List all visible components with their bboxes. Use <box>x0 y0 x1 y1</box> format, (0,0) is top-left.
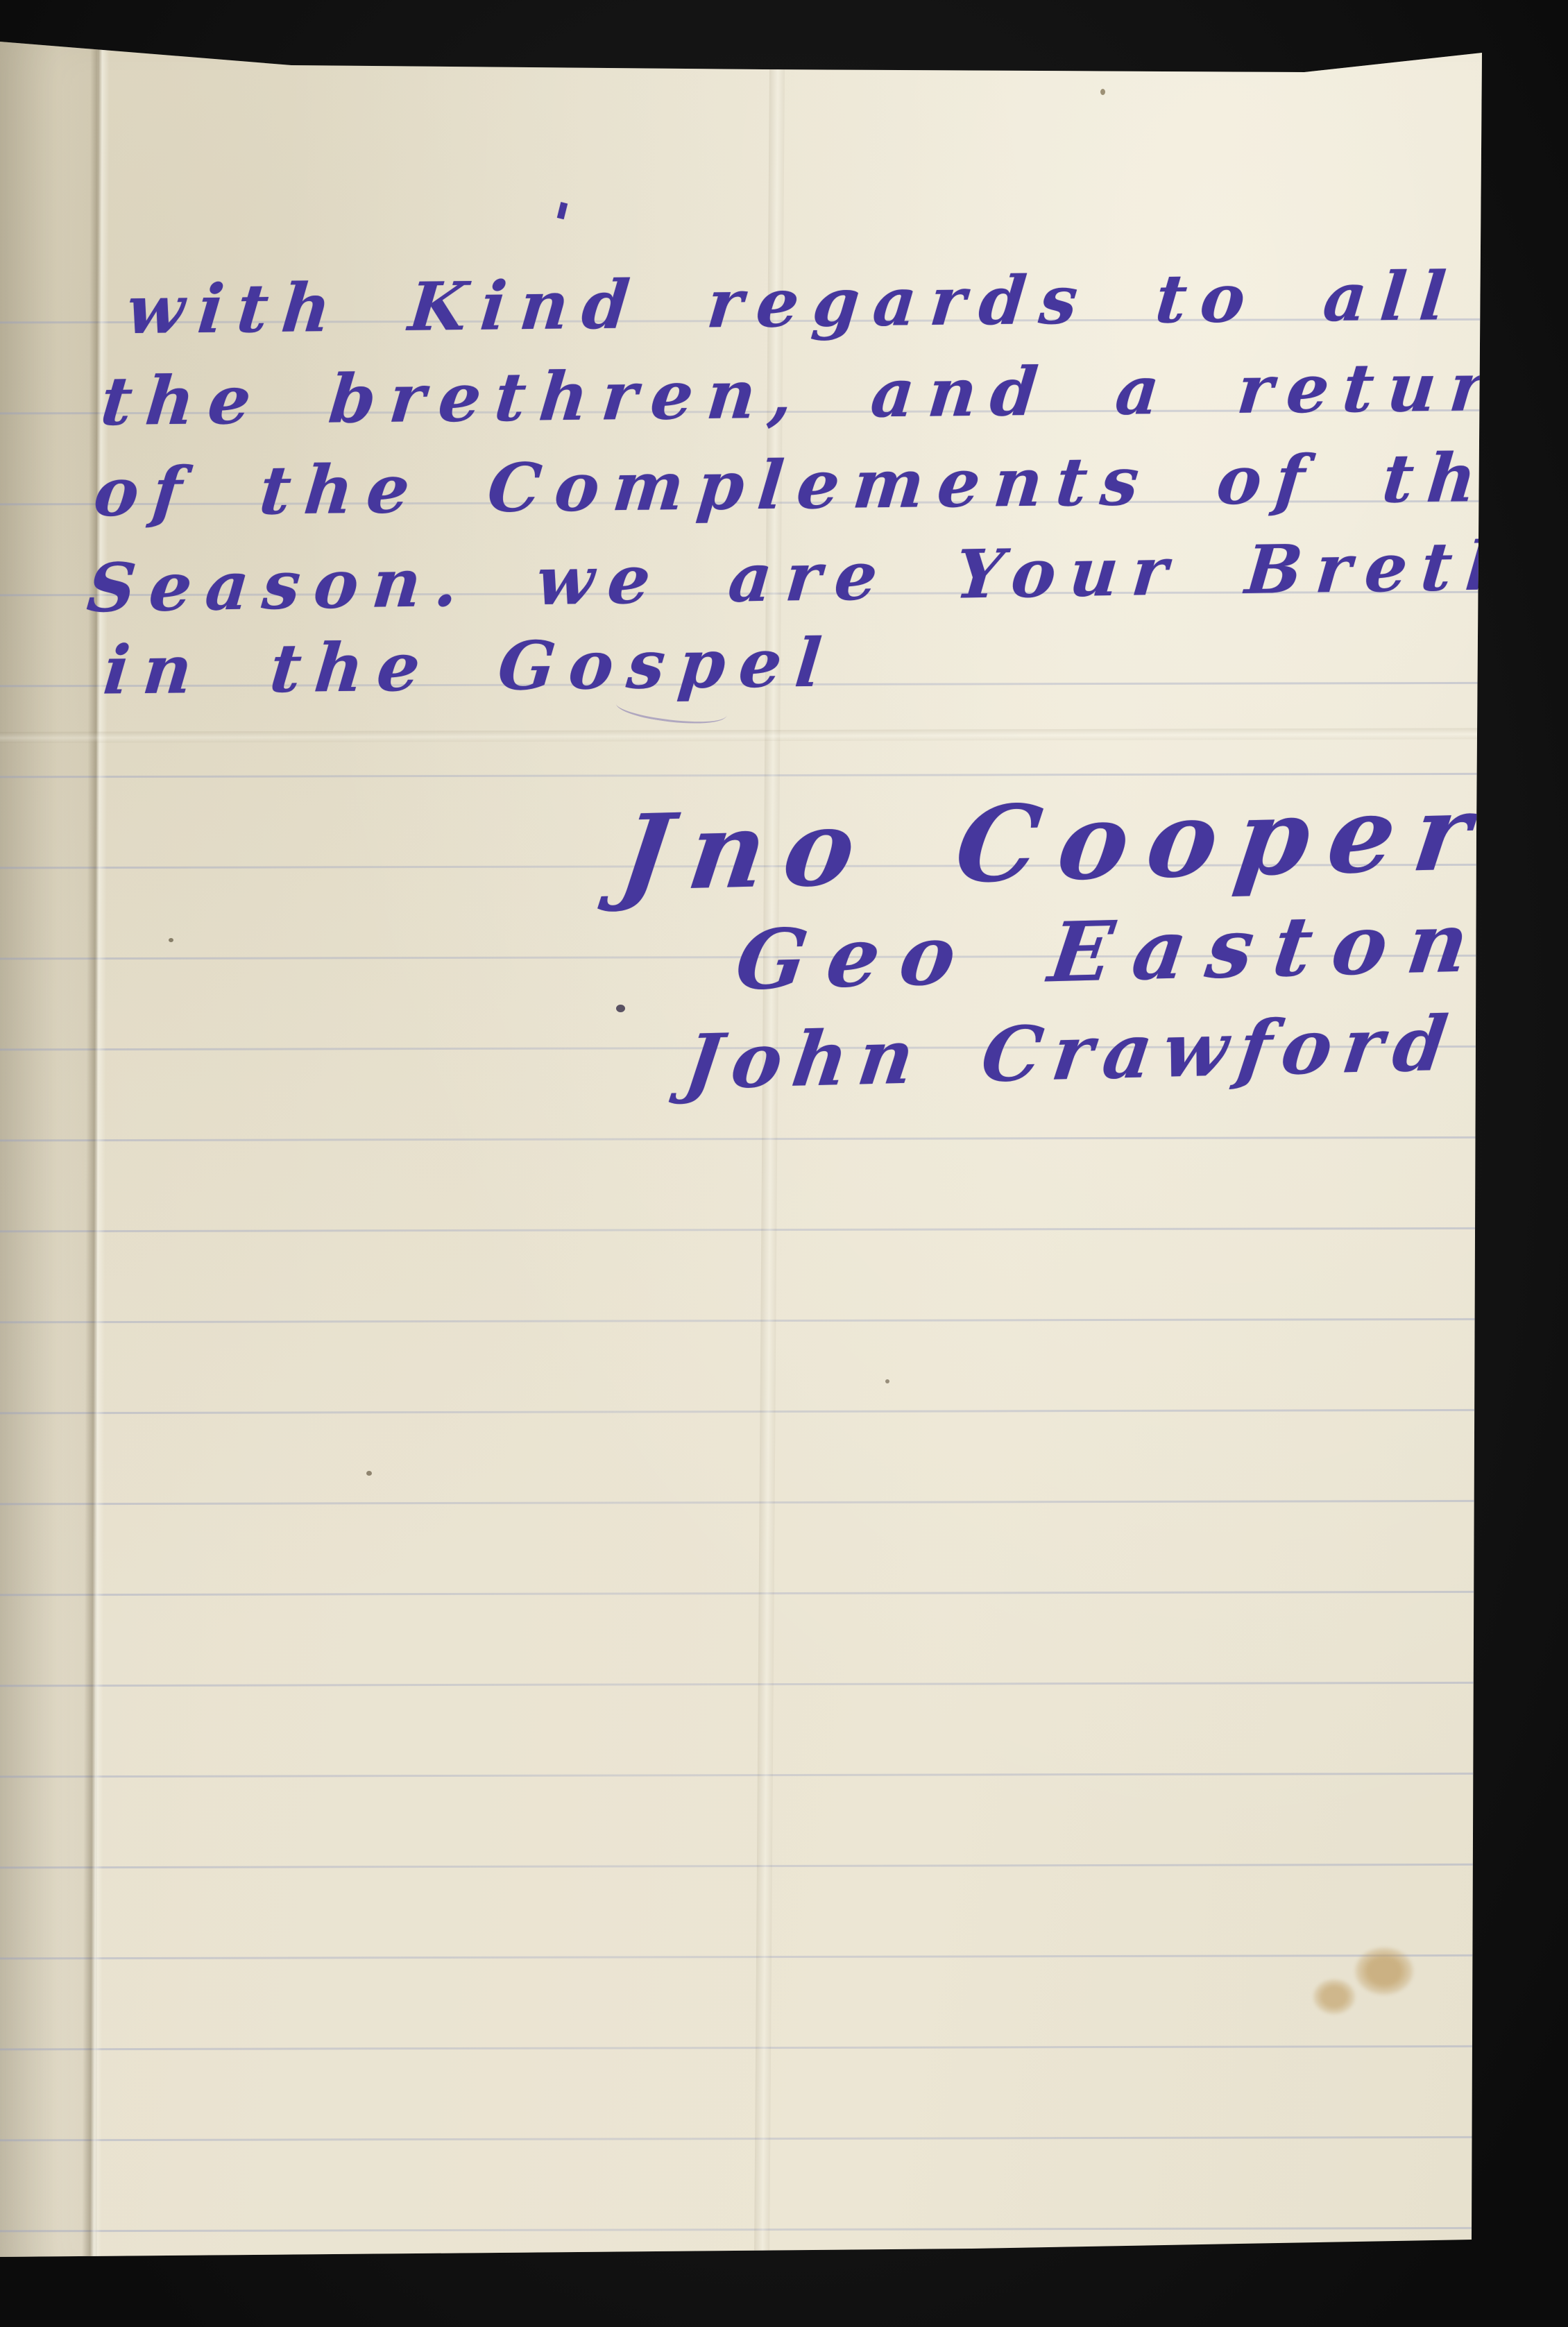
paper-speck <box>366 1471 372 1476</box>
handwriting-line-5: in the Gospel <box>101 629 837 704</box>
paper-speck <box>1100 89 1105 95</box>
handwriting-line-3: of the Complements of the <box>92 444 1549 526</box>
signature-geo-easton: Geo Easton <box>731 901 1494 1002</box>
scan-background: with Kind regards to all the brethren, a… <box>0 0 1568 2327</box>
signature-john-crawford: John Crawford <box>681 1006 1463 1100</box>
ink-speck <box>616 1005 625 1012</box>
handwriting-line-2: the brethren, and a return <box>99 353 1565 435</box>
foxing-stain <box>1354 1947 1414 1995</box>
foxing-stain <box>1313 1979 1356 2015</box>
signature-jno-cooper: Jno Cooper <box>614 780 1496 905</box>
letter-page: with Kind regards to all the brethren, a… <box>0 0 1568 2327</box>
handwriting-line-1: with Kind regards to all <box>124 263 1463 343</box>
paper-speck <box>885 1379 889 1383</box>
paper-speck <box>169 938 173 942</box>
